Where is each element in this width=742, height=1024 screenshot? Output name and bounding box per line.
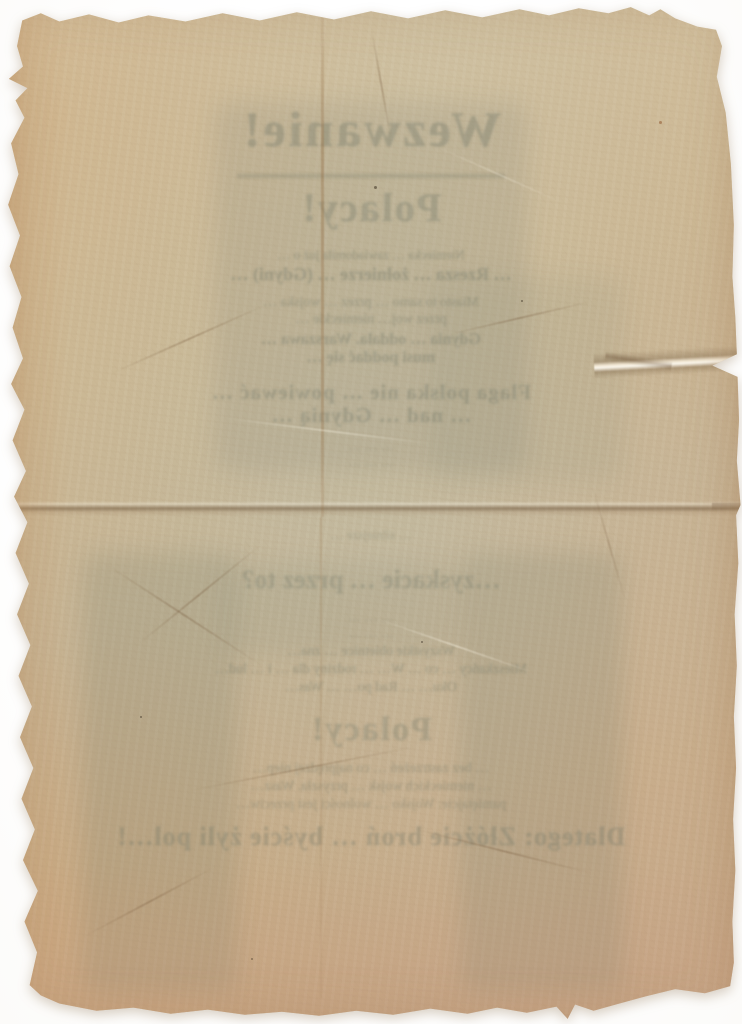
wrinkle-crease (371, 29, 392, 138)
showthrough-shadow-block-upper-right (430, 276, 623, 481)
wrinkle-crease (223, 417, 432, 445)
showthrough-line: … … … (30, 454, 713, 470)
showthrough-line: … niemieckich wojsk … przyszła. Wasz… (30, 779, 713, 795)
wrinkle-crease (104, 563, 264, 668)
showthrough-heading-rule (237, 174, 505, 178)
showthrough-shadow-block-top (215, 102, 527, 471)
showthrough-line: musi poddać się … (30, 349, 713, 367)
showthrough-line: Oku… … Rad po… … Was… (30, 680, 713, 696)
showthrough-line: Niemiecka … zawiadomiła już o … (30, 247, 713, 263)
showthrough-line: … … … (30, 609, 713, 625)
wrinkle-crease (82, 866, 215, 938)
wrinkle-crease (136, 544, 262, 646)
right-edge-fold-step (712, 503, 742, 511)
paper-speck (421, 641, 423, 643)
paper-speck (374, 186, 377, 189)
showthrough-line: pamiętajcie: Wojsko … wolności jest prze… (30, 797, 713, 813)
paper-speck (251, 958, 253, 960)
showthrough-line: Gdynia … oddała. Warszawa … (30, 331, 713, 349)
showthrough-line: Miasto to samo … przez … wojska … (30, 295, 713, 311)
showthrough-line: … … … (30, 625, 713, 641)
wrinkle-crease (436, 146, 565, 205)
leaflet-paper: Wezwanie! Polacy! Niemiecka … zawiadomił… (0, 0, 742, 1024)
showthrough-line: Mieszkańcy … co … W… … rodziny dla … i …… (30, 662, 713, 678)
showthrough-line: Flaga polska nie … powiewać … (30, 380, 713, 405)
showthrough-main-heading: Wezwanie! (30, 100, 713, 158)
showthrough-heading-polacy-2: Polacy! (30, 711, 713, 749)
wrinkle-crease (375, 617, 536, 674)
right-edge-tear (593, 345, 742, 379)
showthrough-shadow-column-left (82, 553, 238, 993)
showthrough-shadow-column-right (460, 553, 623, 993)
showthrough-line: … … … (30, 438, 713, 454)
vertical-fold-crease-lower (320, 517, 322, 998)
showthrough-line: przez woj… niemieckie … (30, 312, 713, 328)
wrinkle-crease (447, 301, 594, 337)
paper-speck (659, 121, 662, 124)
right-edge-tear-crack (604, 351, 672, 371)
wrinkle-crease (411, 827, 596, 875)
showthrough-line: Wszystkie obietnice … zna… (30, 644, 713, 660)
screenshot-root: { "photo": { "background_color": "#fffff… (0, 0, 742, 1024)
showthrough-line: … silniejsze … (30, 527, 713, 543)
showthrough-shadow-block-middle (223, 563, 460, 655)
mirrored-showthrough-text: Wezwanie! Polacy! Niemiecka … zawiadomił… (0, 0, 742, 1024)
wrinkle-crease (187, 746, 413, 792)
wrinkle-crease (111, 303, 267, 374)
vertical-fold-crease-upper (321, 15, 324, 517)
showthrough-heading-polacy: Polacy! (30, 184, 713, 231)
paper-shadow-wrap: Wezwanie! Polacy! Niemiecka … zawiadomił… (0, 0, 742, 1024)
photo-backdrop: Wezwanie! Polacy! Niemiecka … zawiadomił… (0, 0, 742, 1024)
paper-speck (521, 300, 523, 302)
showthrough-line: … nad … Gdynią … (30, 403, 713, 428)
showthrough-line: … Rzesza … żołnierze … (Gdyni) … (30, 264, 713, 285)
showthrough-final-bold-line: Dlatego: Złóżcie broń … byście żyli pol…… (30, 822, 713, 852)
showthrough-section-heading: …zyskacie … przez to? (30, 565, 713, 595)
showthrough-line: … bez zastrzeżeń … co najprędzej niep… (30, 761, 713, 777)
wrinkle-crease (592, 486, 627, 602)
horizontal-fold-crease (0, 501, 742, 516)
paper-speck (140, 716, 142, 718)
